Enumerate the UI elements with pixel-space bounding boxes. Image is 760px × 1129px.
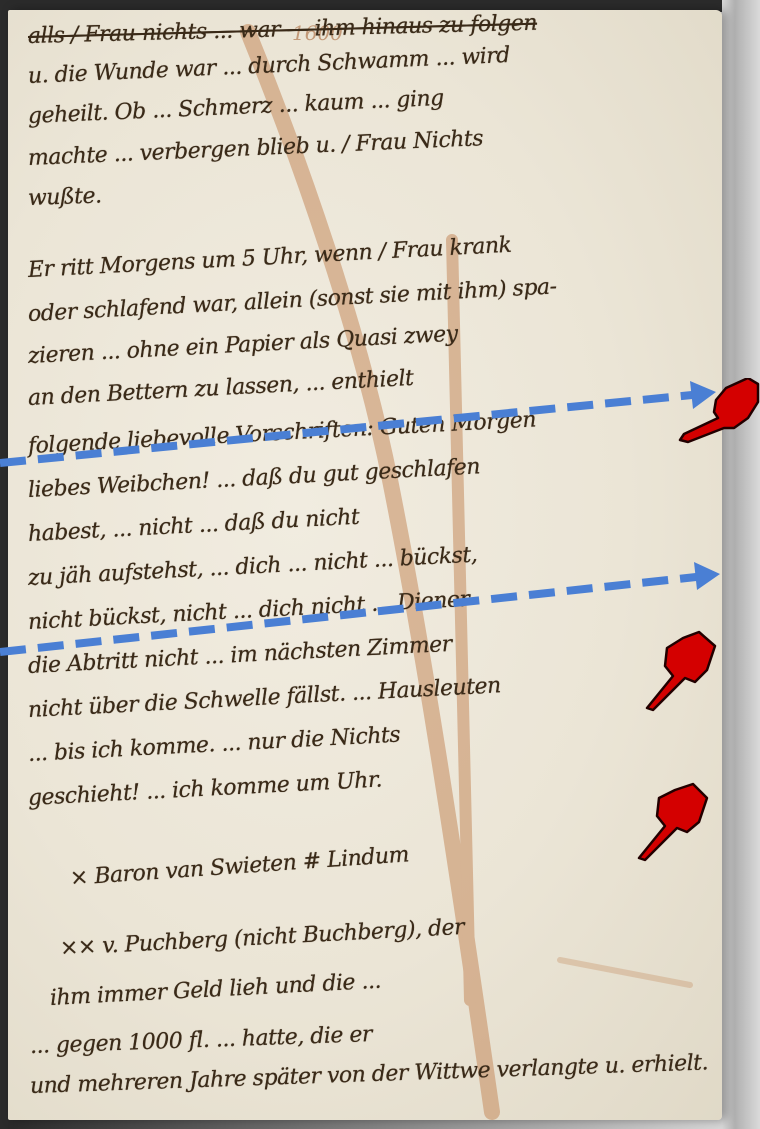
pointing-hand-icon [635, 782, 709, 864]
left-frame-edge [0, 0, 8, 1129]
pointing-hand-icon [678, 378, 760, 444]
pointing-hand-icon [643, 630, 717, 714]
handwritten-line: wußte. [28, 183, 102, 211]
